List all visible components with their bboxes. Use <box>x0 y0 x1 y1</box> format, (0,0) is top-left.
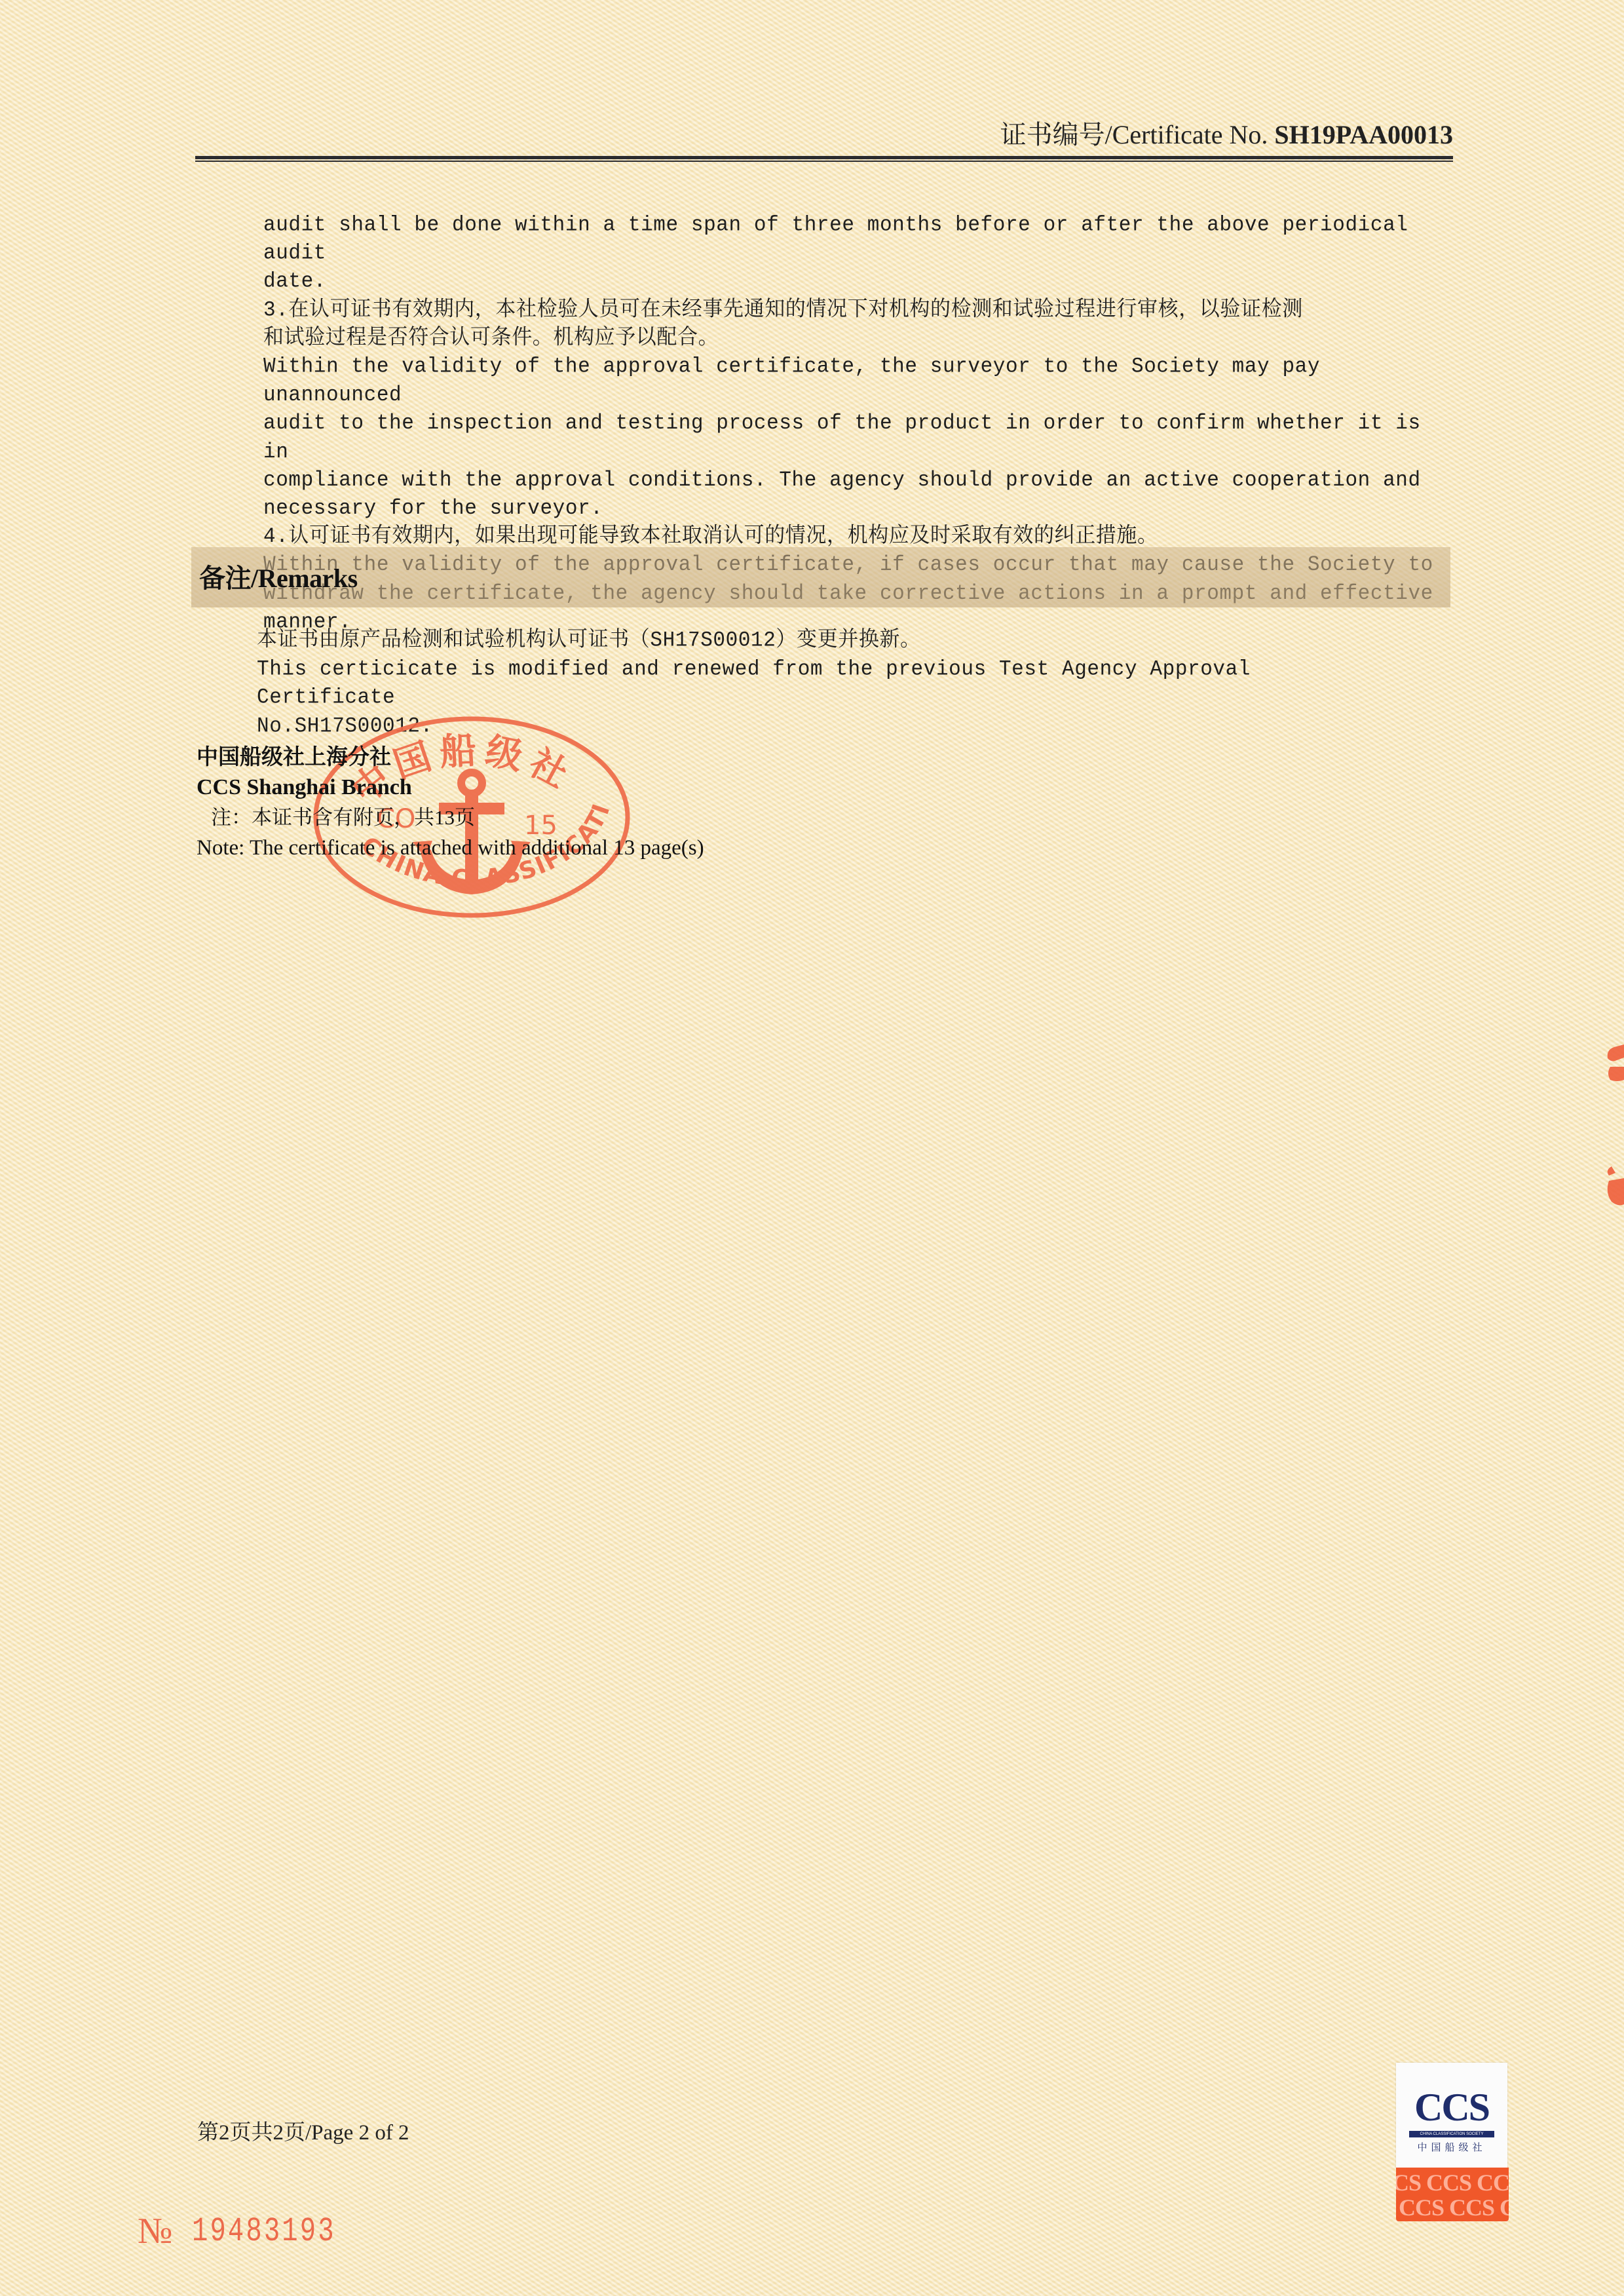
ccs-label-pattern: CS CCS CCS CC CCS CCS CCS <box>1396 2168 1509 2221</box>
ccs-security-label: CCS CHINA CLASSIFICATION SOCIETY 中国船级社 C… <box>1396 2063 1509 2221</box>
clause-line: 3.在认可证书有效期内，本社检验人员可在未经事先通知的情况下对机构的检测和试验过… <box>263 296 1456 324</box>
remarks-line: 本证书由原产品检测和试验机构认可证书（SH17S00012）变更并换新。 <box>257 626 1384 655</box>
clause-line: audit to the inspection and testing proc… <box>263 410 1456 467</box>
ccs-pattern-row: CCS CCS CCS <box>1399 2195 1509 2220</box>
edge-seal-fragment <box>1602 1035 1624 1212</box>
certificate-header: 证书编号/Certificate No. SH19PAA00013 <box>197 117 1453 153</box>
ccs-logo: CCS <box>1409 2088 1494 2127</box>
header-rule <box>195 156 1453 159</box>
ccs-pattern-row: CS CCS CCS CC <box>1396 2170 1509 2195</box>
attachment-note-cn: 注：本证书含有附页，共13页 <box>197 803 704 833</box>
serial-digits: 19483193 <box>192 2212 336 2251</box>
issuer-name-en: CCS Shanghai Branch <box>197 773 704 803</box>
ccs-label-white-area: CCS CHINA CLASSIFICATION SOCIETY 中国船级社 <box>1396 2063 1507 2168</box>
header-rule-thin <box>195 161 1453 162</box>
clause-line: date. <box>263 268 1456 296</box>
certificate-number: SH19PAA00013 <box>1274 120 1453 149</box>
attachment-note-en: Note: The certificate is attached with a… <box>197 833 704 863</box>
numero-sign: № <box>138 2211 172 2251</box>
clause-line: Within the validity of the approval cert… <box>263 353 1456 410</box>
remarks-section-bar <box>191 547 1450 607</box>
page-indicator: 第2页共2页/Page 2 of 2 <box>197 2115 409 2146</box>
clause-line: 和试验过程是否符合认可条件。机构应予以配合。 <box>263 324 1456 353</box>
clause-line: audit shall be done within a time span o… <box>263 211 1456 268</box>
issuer-name-cn: 中国船级社上海分社 <box>197 742 704 773</box>
issuer-signature-block: 中国船级社上海分社 CCS Shanghai Branch 注：本证书含有附页，… <box>197 742 704 863</box>
ccs-logo-cn: 中国船级社 <box>1409 2140 1494 2154</box>
clause-line: compliance with the approval conditions.… <box>263 466 1456 494</box>
remarks-line: This certicicate is modified and renewed… <box>257 655 1384 712</box>
ccs-logo-band: CHINA CLASSIFICATION SOCIETY <box>1409 2131 1494 2137</box>
serial-number: №19483193 <box>138 2210 377 2252</box>
remarks-heading: 备注/Remarks <box>199 562 358 595</box>
clause-line: necessary for the surveyor. <box>263 495 1456 523</box>
certificate-number-label: 证书编号/Certificate No. <box>1000 120 1268 149</box>
